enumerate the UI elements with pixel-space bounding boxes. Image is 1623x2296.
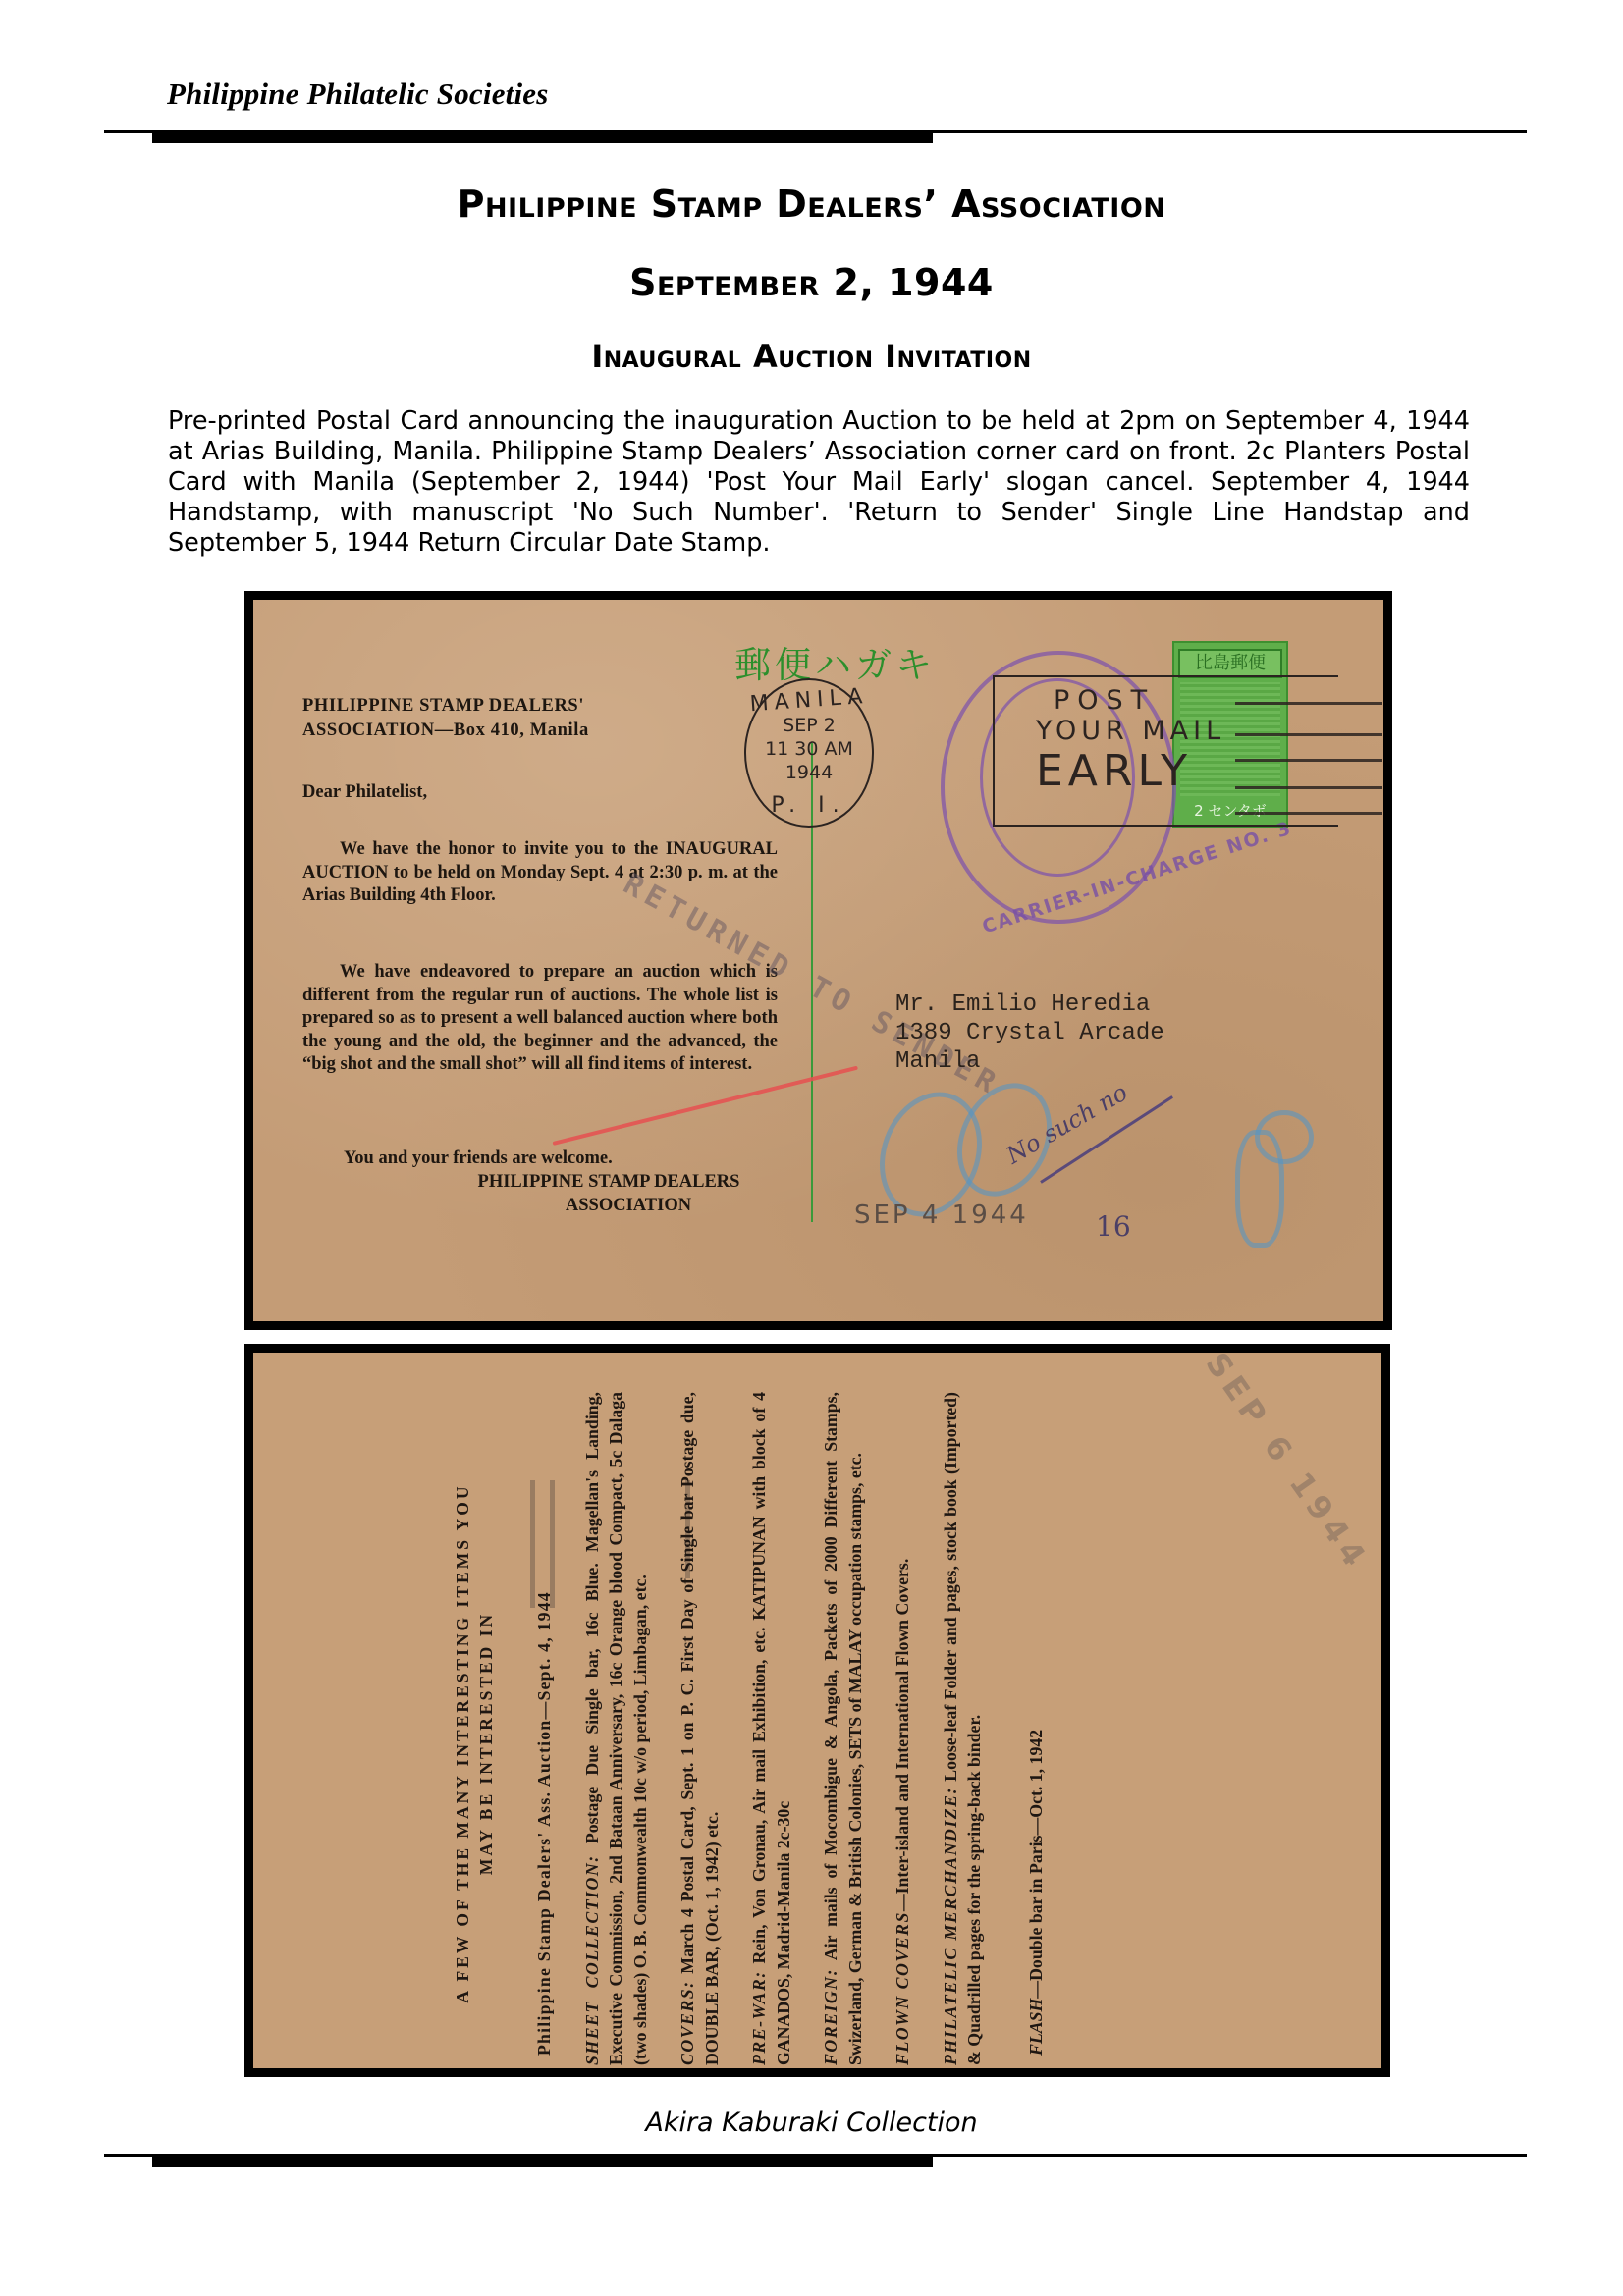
postcard-front-image: PHILIPPINE STAMP DEALERS' ASSOCIATION—Bo…: [244, 591, 1392, 1330]
cancel-wavy-line: [1235, 812, 1382, 815]
cancel-wavy-line: [1235, 702, 1382, 705]
manila-postmark: MANILA SEP 2 11 30 AM 1944 P. I.: [744, 678, 874, 828]
page-subtitle: Inaugural Auction Invitation: [0, 338, 1623, 375]
postcard-back-paper: A FEW OF THE MANY INTERESTING ITEMS YOU …: [253, 1353, 1381, 2068]
recipient-address: Mr. Emilio Heredia 1389 Crystal Arcade M…: [895, 990, 1164, 1076]
list-item: PRE-WAR: Rein, Von Gronau, Air mail Exhi…: [747, 1392, 795, 2065]
running-header: Philippine Philatelic Societies: [167, 77, 549, 112]
cancel-wavy-line: [1235, 759, 1382, 762]
corner-card: PHILIPPINE STAMP DEALERS' ASSOCIATION—Bo…: [302, 694, 589, 743]
cancel-wavy-line: [1235, 733, 1382, 736]
list-item: PHILATELIC MERCHANDIZE: Loose-leaf Folde…: [939, 1392, 987, 2065]
salutation: Dear Philatelist,: [302, 782, 427, 803]
description-paragraph: Pre-printed Postal Card announcing the i…: [168, 406, 1470, 559]
page-date: September 2, 1944: [0, 261, 1623, 304]
receiving-postmark: SEP 6 1944: [1198, 1353, 1376, 1577]
letter-signature: PHILIPPINE STAMP DEALERS ASSOCIATION: [440, 1171, 778, 1217]
letter-closing: You and your friends are welcome.: [344, 1148, 613, 1169]
list-item: FLOWN COVERS—Inter-island and Internatio…: [891, 1392, 915, 2065]
list-item: SHEET COLLECTION: Postage Due Single bar…: [580, 1392, 653, 2065]
blue-crayon-scrawl: [1255, 1110, 1314, 1164]
postcard-front-paper: PHILIPPINE STAMP DEALERS' ASSOCIATION—Bo…: [253, 600, 1383, 1321]
flash-note: FLASH—Double bar in Paris—Oct. 1, 1942: [1024, 1392, 1049, 2065]
letter-paragraph-2: We have endeavored to prepare an auction…: [302, 961, 778, 1077]
collection-caption: Akira Kaburaki Collection: [0, 2108, 1623, 2138]
header-rule-thick: [152, 133, 933, 143]
page-title: Philippine Stamp Dealers’ Association: [0, 183, 1623, 226]
stamp-top-text: 比島郵便: [1178, 649, 1282, 678]
postcard-back-image: A FEW OF THE MANY INTERESTING ITEMS YOU …: [244, 1344, 1390, 2077]
back-subheading: Philippine Stamp Dealers' Ass. Auction—S…: [532, 1392, 557, 2065]
date-handstamp: SEP 4 1944: [854, 1201, 1029, 1230]
manuscript-number: 16: [1096, 1210, 1131, 1243]
footer-rule-thick: [152, 2157, 933, 2167]
postal-card-heading: 郵便ハガキ: [734, 635, 936, 688]
cancel-wavy-line: [1235, 786, 1382, 789]
slogan-cancel: POST YOUR MAIL EARLY: [993, 675, 1338, 827]
back-heading: A FEW OF THE MANY INTERESTING ITEMS YOU …: [451, 1392, 498, 2068]
back-text-block: A FEW OF THE MANY INTERESTING ITEMS YOU …: [451, 1392, 1201, 2065]
list-item: COVERS: March 4 Postal Card, Sept. 1 on …: [676, 1392, 724, 2065]
letter-paragraph-1: We have the honor to invite you to the I…: [302, 838, 778, 908]
list-item: FOREIGN: Air mails of Mocombigue & Angol…: [819, 1392, 867, 2065]
